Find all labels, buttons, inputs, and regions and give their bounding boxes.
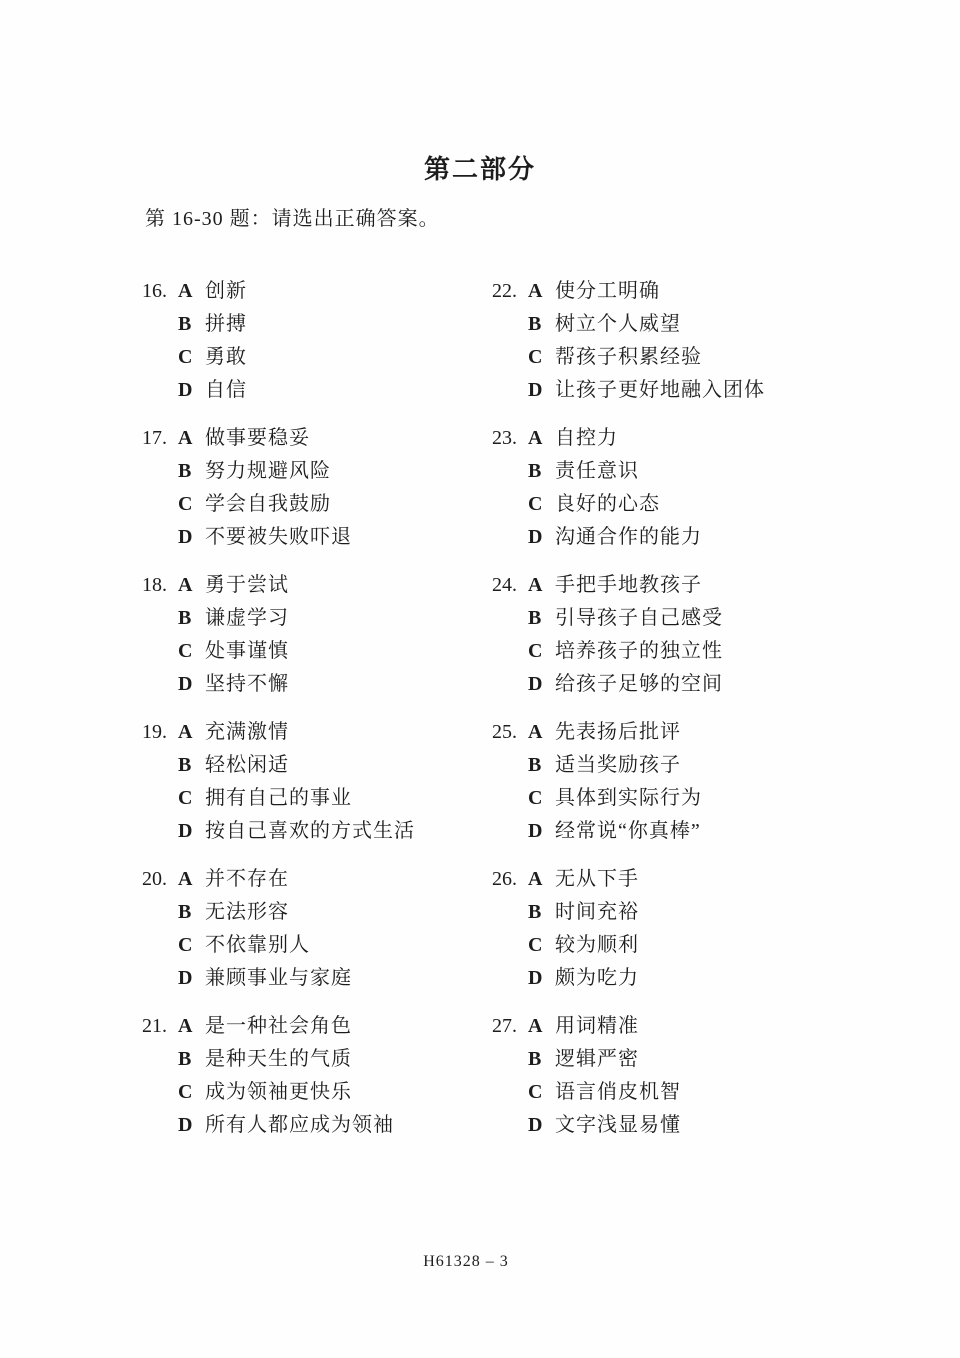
option-text: 自信 bbox=[205, 374, 247, 407]
option-letter: C bbox=[528, 341, 555, 374]
option-a: A无从下手 bbox=[528, 863, 639, 896]
option-letter: A bbox=[178, 569, 205, 602]
option-c: C帮孩子积累经验 bbox=[528, 341, 765, 374]
option-letter: A bbox=[528, 275, 555, 308]
option-letter: C bbox=[178, 1076, 205, 1109]
option-text: 兼顾事业与家庭 bbox=[205, 962, 352, 995]
question-block-23: 23. A自控力 B责任意识 C良好的心态 D沟通合作的能力 bbox=[492, 422, 765, 554]
question-block-25: 25. A先表扬后批评 B适当奖励孩子 C具体到实际行为 D经常说“你真棒” bbox=[492, 716, 765, 848]
options-list: A用词精准 B逻辑严密 C语言俏皮机智 D文字浅显易懂 bbox=[528, 1010, 681, 1142]
question-number: 24. bbox=[492, 569, 528, 602]
question-block-21: 21. A是一种社会角色 B是种天生的气质 C成为领袖更快乐 D所有人都应成为领… bbox=[142, 1010, 492, 1142]
option-text: 所有人都应成为领袖 bbox=[205, 1109, 394, 1142]
option-a: A自控力 bbox=[528, 422, 702, 455]
section-title: 第二部分 bbox=[0, 149, 960, 186]
option-a: A用词精准 bbox=[528, 1010, 681, 1043]
option-letter: B bbox=[528, 602, 555, 635]
option-text: 并不存在 bbox=[205, 863, 289, 896]
option-letter: B bbox=[528, 308, 555, 341]
option-text: 树立个人威望 bbox=[555, 308, 681, 341]
option-text: 帮孩子积累经验 bbox=[555, 341, 702, 374]
option-text: 不依靠别人 bbox=[205, 929, 310, 962]
option-c: C成为领袖更快乐 bbox=[178, 1076, 394, 1109]
option-letter: C bbox=[528, 782, 555, 815]
option-text: 勇敢 bbox=[205, 341, 247, 374]
options-list: A手把手地教孩子 B引导孩子自己感受 C培养孩子的独立性 D给孩子足够的空间 bbox=[528, 569, 723, 701]
option-b: B努力规避风险 bbox=[178, 455, 352, 488]
option-text: 沟通合作的能力 bbox=[555, 521, 702, 554]
option-text: 努力规避风险 bbox=[205, 455, 331, 488]
options-list: A先表扬后批评 B适当奖励孩子 C具体到实际行为 D经常说“你真棒” bbox=[528, 716, 702, 848]
question-block-17: 17. A做事要稳妥 B努力规避风险 C学会自我鼓励 D不要被失败吓退 bbox=[142, 422, 492, 554]
option-c: C培养孩子的独立性 bbox=[528, 635, 723, 668]
option-letter: B bbox=[528, 749, 555, 782]
option-c: C不依靠别人 bbox=[178, 929, 352, 962]
option-c: C较为顺利 bbox=[528, 929, 639, 962]
option-text: 先表扬后批评 bbox=[555, 716, 681, 749]
option-d: D兼顾事业与家庭 bbox=[178, 962, 352, 995]
option-letter: A bbox=[178, 863, 205, 896]
option-a: A使分工明确 bbox=[528, 275, 765, 308]
question-number: 16. bbox=[142, 275, 178, 308]
option-letter: C bbox=[178, 929, 205, 962]
option-d: D颇为吃力 bbox=[528, 962, 639, 995]
option-text: 做事要稳妥 bbox=[205, 422, 310, 455]
option-b: B树立个人威望 bbox=[528, 308, 765, 341]
option-text: 学会自我鼓励 bbox=[205, 488, 331, 521]
page-footer-code: H61328 – 3 bbox=[0, 1253, 932, 1271]
option-letter: C bbox=[528, 488, 555, 521]
option-text: 是一种社会角色 bbox=[205, 1010, 352, 1043]
option-text: 责任意识 bbox=[555, 455, 639, 488]
question-number: 25. bbox=[492, 716, 528, 749]
option-b: B是种天生的气质 bbox=[178, 1043, 394, 1076]
option-text: 引导孩子自己感受 bbox=[555, 602, 723, 635]
option-text: 语言俏皮机智 bbox=[555, 1076, 681, 1109]
option-a: A勇于尝试 bbox=[178, 569, 289, 602]
option-letter: D bbox=[178, 1109, 205, 1142]
option-letter: A bbox=[528, 422, 555, 455]
option-text: 经常说“你真棒” bbox=[555, 815, 701, 848]
option-d: D按自己喜欢的方式生活 bbox=[178, 815, 415, 848]
option-letter: C bbox=[178, 488, 205, 521]
option-text: 处事谨慎 bbox=[205, 635, 289, 668]
option-b: B逻辑严密 bbox=[528, 1043, 681, 1076]
option-b: B引导孩子自己感受 bbox=[528, 602, 723, 635]
option-letter: D bbox=[528, 815, 555, 848]
question-number: 22. bbox=[492, 275, 528, 308]
option-text: 轻松闲适 bbox=[205, 749, 289, 782]
option-text: 颇为吃力 bbox=[555, 962, 639, 995]
question-number: 27. bbox=[492, 1010, 528, 1043]
question-number: 19. bbox=[142, 716, 178, 749]
option-text: 无法形容 bbox=[205, 896, 289, 929]
option-a: A并不存在 bbox=[178, 863, 352, 896]
options-list: A做事要稳妥 B努力规避风险 C学会自我鼓励 D不要被失败吓退 bbox=[178, 422, 352, 554]
option-b: B无法形容 bbox=[178, 896, 352, 929]
option-letter: C bbox=[178, 635, 205, 668]
question-number: 17. bbox=[142, 422, 178, 455]
option-d: D文字浅显易懂 bbox=[528, 1109, 681, 1142]
option-text: 手把手地教孩子 bbox=[555, 569, 702, 602]
option-text: 逻辑严密 bbox=[555, 1043, 639, 1076]
option-letter: D bbox=[178, 815, 205, 848]
option-text: 时间充裕 bbox=[555, 896, 639, 929]
questions-grid: 16. A创新 B拼搏 C勇敢 D自信 22. A使分工明确 B树立个人威望 C… bbox=[142, 275, 765, 1142]
option-b: B时间充裕 bbox=[528, 896, 639, 929]
option-text: 勇于尝试 bbox=[205, 569, 289, 602]
option-a: A手把手地教孩子 bbox=[528, 569, 723, 602]
option-d: D不要被失败吓退 bbox=[178, 521, 352, 554]
option-text: 拼搏 bbox=[205, 308, 247, 341]
option-letter: A bbox=[528, 569, 555, 602]
option-text: 成为领袖更快乐 bbox=[205, 1076, 352, 1109]
question-block-20: 20. A并不存在 B无法形容 C不依靠别人 D兼顾事业与家庭 bbox=[142, 863, 492, 995]
option-letter: B bbox=[528, 455, 555, 488]
question-block-19: 19. A充满激情 B轻松闲适 C拥有自己的事业 D按自己喜欢的方式生活 bbox=[142, 716, 492, 848]
option-b: B谦虚学习 bbox=[178, 602, 289, 635]
option-letter: D bbox=[178, 374, 205, 407]
option-letter: A bbox=[528, 863, 555, 896]
option-letter: D bbox=[178, 668, 205, 701]
options-list: A勇于尝试 B谦虚学习 C处事谨慎 D坚持不懈 bbox=[178, 569, 289, 701]
option-text: 文字浅显易懂 bbox=[555, 1109, 681, 1142]
option-d: D经常说“你真棒” bbox=[528, 815, 702, 848]
option-letter: B bbox=[178, 602, 205, 635]
option-b: B适当奖励孩子 bbox=[528, 749, 702, 782]
option-text: 良好的心态 bbox=[555, 488, 660, 521]
option-c: C勇敢 bbox=[178, 341, 247, 374]
option-letter: C bbox=[178, 782, 205, 815]
option-c: C良好的心态 bbox=[528, 488, 702, 521]
option-text: 充满激情 bbox=[205, 716, 289, 749]
question-number: 20. bbox=[142, 863, 178, 896]
option-letter: D bbox=[528, 1109, 555, 1142]
option-letter: B bbox=[528, 1043, 555, 1076]
option-letter: D bbox=[528, 962, 555, 995]
exam-page: 第二部分 第 16-30 题：请选出正确答案。 16. A创新 B拼搏 C勇敢 … bbox=[0, 0, 960, 1358]
options-list: A是一种社会角色 B是种天生的气质 C成为领袖更快乐 D所有人都应成为领袖 bbox=[178, 1010, 394, 1142]
options-list: A并不存在 B无法形容 C不依靠别人 D兼顾事业与家庭 bbox=[178, 863, 352, 995]
option-text: 具体到实际行为 bbox=[555, 782, 702, 815]
option-a: A创新 bbox=[178, 275, 247, 308]
option-letter: D bbox=[178, 521, 205, 554]
question-number: 23. bbox=[492, 422, 528, 455]
option-c: C拥有自己的事业 bbox=[178, 782, 415, 815]
option-c: C语言俏皮机智 bbox=[528, 1076, 681, 1109]
question-block-27: 27. A用词精准 B逻辑严密 C语言俏皮机智 D文字浅显易懂 bbox=[492, 1010, 765, 1142]
option-letter: B bbox=[178, 749, 205, 782]
option-a: A充满激情 bbox=[178, 716, 415, 749]
option-text: 让孩子更好地融入团体 bbox=[555, 374, 765, 407]
option-text: 坚持不懈 bbox=[205, 668, 289, 701]
option-letter: D bbox=[528, 521, 555, 554]
option-letter: A bbox=[528, 716, 555, 749]
option-letter: B bbox=[178, 308, 205, 341]
option-text: 不要被失败吓退 bbox=[205, 521, 352, 554]
option-letter: C bbox=[178, 341, 205, 374]
option-d: D让孩子更好地融入团体 bbox=[528, 374, 765, 407]
option-letter: C bbox=[528, 1076, 555, 1109]
option-letter: C bbox=[528, 929, 555, 962]
option-letter: A bbox=[528, 1010, 555, 1043]
option-letter: B bbox=[178, 1043, 205, 1076]
option-letter: D bbox=[178, 962, 205, 995]
option-letter: A bbox=[178, 422, 205, 455]
options-list: A使分工明确 B树立个人威望 C帮孩子积累经验 D让孩子更好地融入团体 bbox=[528, 275, 765, 407]
option-d: D所有人都应成为领袖 bbox=[178, 1109, 394, 1142]
option-c: C具体到实际行为 bbox=[528, 782, 702, 815]
option-b: B轻松闲适 bbox=[178, 749, 415, 782]
option-letter: A bbox=[178, 1010, 205, 1043]
option-d: D沟通合作的能力 bbox=[528, 521, 702, 554]
option-a: A做事要稳妥 bbox=[178, 422, 352, 455]
option-letter: B bbox=[528, 896, 555, 929]
option-text: 创新 bbox=[205, 275, 247, 308]
question-block-18: 18. A勇于尝试 B谦虚学习 C处事谨慎 D坚持不懈 bbox=[142, 569, 492, 701]
option-letter: C bbox=[528, 635, 555, 668]
option-letter: D bbox=[528, 374, 555, 407]
question-number: 18. bbox=[142, 569, 178, 602]
option-letter: B bbox=[178, 455, 205, 488]
option-d: D自信 bbox=[178, 374, 247, 407]
option-b: B责任意识 bbox=[528, 455, 702, 488]
options-list: A自控力 B责任意识 C良好的心态 D沟通合作的能力 bbox=[528, 422, 702, 554]
options-list: A无从下手 B时间充裕 C较为顺利 D颇为吃力 bbox=[528, 863, 639, 995]
option-c: C学会自我鼓励 bbox=[178, 488, 352, 521]
option-d: D坚持不懈 bbox=[178, 668, 289, 701]
question-block-16: 16. A创新 B拼搏 C勇敢 D自信 bbox=[142, 275, 492, 407]
question-block-26: 26. A无从下手 B时间充裕 C较为顺利 D颇为吃力 bbox=[492, 863, 765, 995]
option-text: 较为顺利 bbox=[555, 929, 639, 962]
option-d: D给孩子足够的空间 bbox=[528, 668, 723, 701]
option-text: 培养孩子的独立性 bbox=[555, 635, 723, 668]
option-text: 是种天生的气质 bbox=[205, 1043, 352, 1076]
option-text: 按自己喜欢的方式生活 bbox=[205, 815, 415, 848]
option-letter: A bbox=[178, 716, 205, 749]
options-list: A创新 B拼搏 C勇敢 D自信 bbox=[178, 275, 247, 407]
option-letter: D bbox=[528, 668, 555, 701]
option-text: 自控力 bbox=[555, 422, 618, 455]
option-text: 使分工明确 bbox=[555, 275, 660, 308]
option-text: 谦虚学习 bbox=[205, 602, 289, 635]
option-text: 拥有自己的事业 bbox=[205, 782, 352, 815]
option-letter: B bbox=[178, 896, 205, 929]
option-text: 无从下手 bbox=[555, 863, 639, 896]
option-text: 用词精准 bbox=[555, 1010, 639, 1043]
instruction-line: 第 16-30 题：请选出正确答案。 bbox=[145, 202, 440, 231]
option-b: B拼搏 bbox=[178, 308, 247, 341]
options-list: A充满激情 B轻松闲适 C拥有自己的事业 D按自己喜欢的方式生活 bbox=[178, 716, 415, 848]
option-letter: A bbox=[178, 275, 205, 308]
question-number: 26. bbox=[492, 863, 528, 896]
question-block-24: 24. A手把手地教孩子 B引导孩子自己感受 C培养孩子的独立性 D给孩子足够的… bbox=[492, 569, 765, 701]
option-a: A是一种社会角色 bbox=[178, 1010, 394, 1043]
option-text: 适当奖励孩子 bbox=[555, 749, 681, 782]
option-a: A先表扬后批评 bbox=[528, 716, 702, 749]
option-c: C处事谨慎 bbox=[178, 635, 289, 668]
question-block-22: 22. A使分工明确 B树立个人威望 C帮孩子积累经验 D让孩子更好地融入团体 bbox=[492, 275, 765, 407]
option-text: 给孩子足够的空间 bbox=[555, 668, 723, 701]
question-number: 21. bbox=[142, 1010, 178, 1043]
